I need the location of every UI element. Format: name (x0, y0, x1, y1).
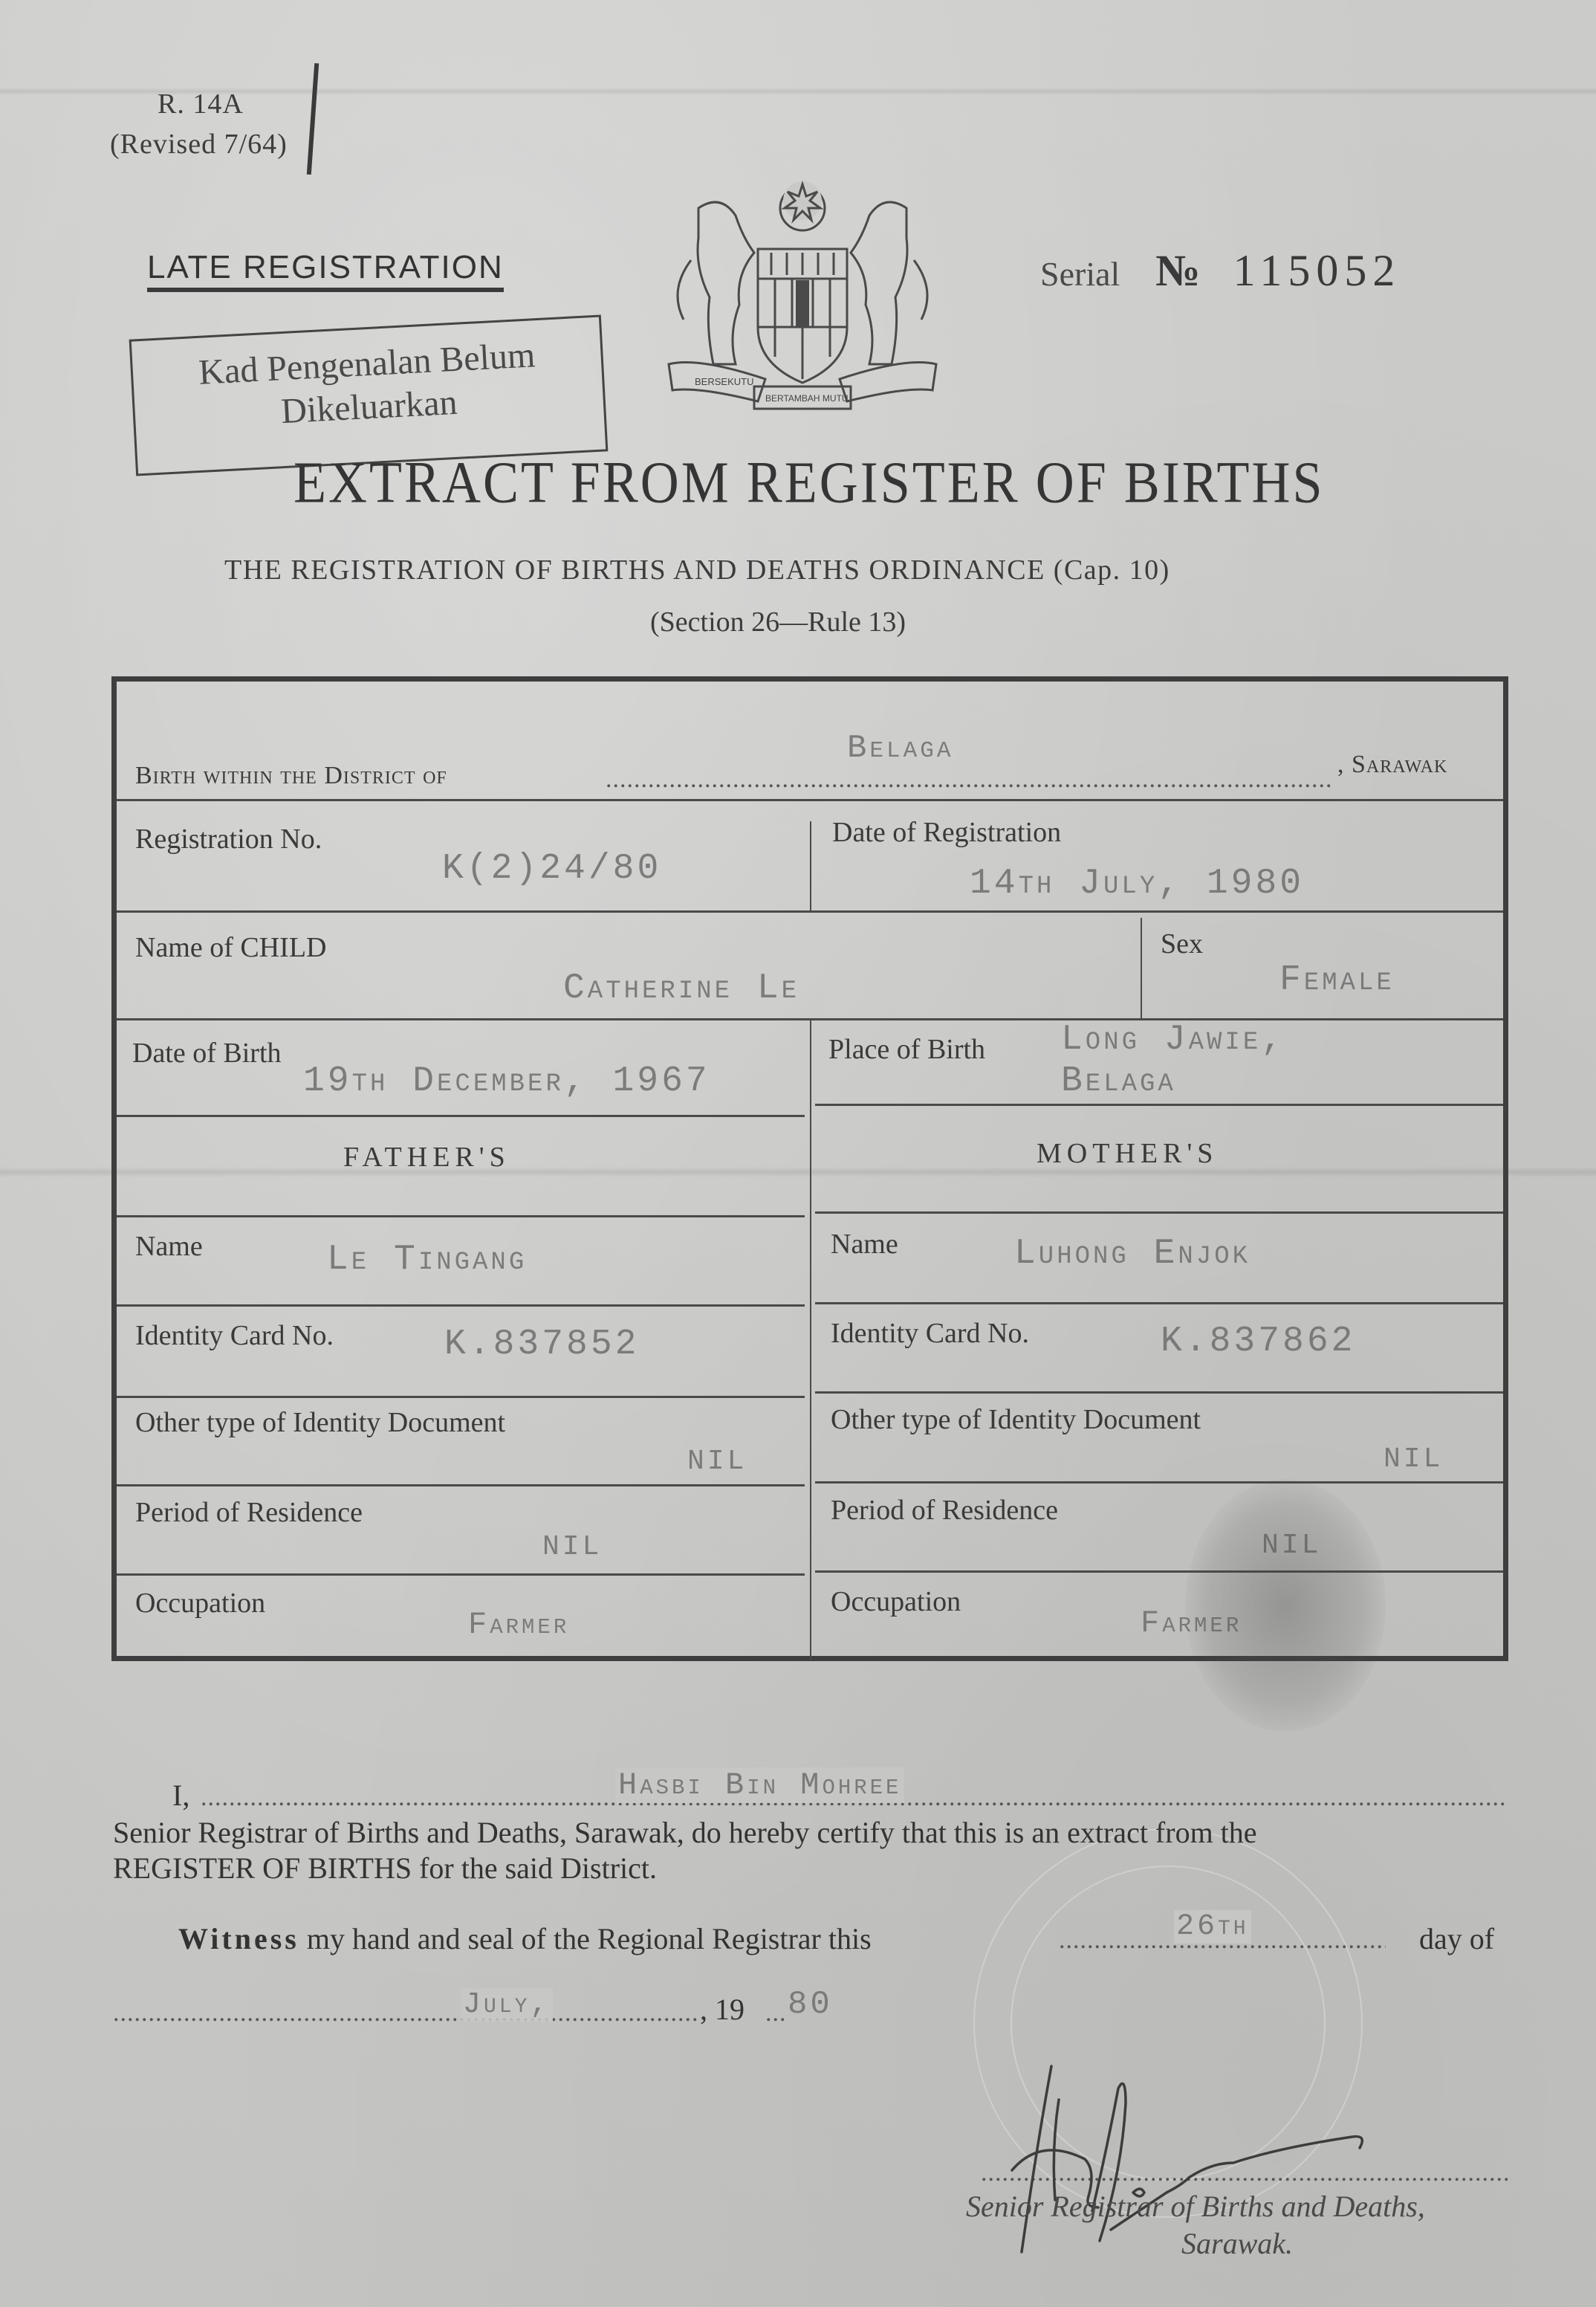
row-divider (815, 1570, 1503, 1573)
serial-number-group: Serial № 115052 (1040, 245, 1401, 297)
mother-other-id-label: Other type of Identity Document (831, 1403, 1201, 1436)
row-divider (117, 1115, 805, 1117)
father-residence-value: NIL (542, 1531, 602, 1563)
mother-occupation-label: Occupation (831, 1585, 961, 1618)
father-ic-label: Identity Card No. (135, 1319, 334, 1352)
mother-ic-label: Identity Card No. (831, 1317, 1029, 1350)
row-divider (117, 1484, 805, 1486)
row-divider (815, 1391, 1503, 1394)
sex-label: Sex (1161, 928, 1203, 960)
row-divider (117, 1396, 805, 1398)
day-suffix: day of (1419, 1921, 1494, 1956)
row-divider (815, 1104, 1503, 1106)
date-of-birth-value: 19th December, 1967 (303, 1061, 710, 1101)
father-occupation-value: Farmer (468, 1607, 569, 1643)
date-of-registration-value: 14th July, 1980 (970, 864, 1304, 904)
district-dotted-line: ........................................… (606, 766, 1334, 794)
date-of-registration-label: Date of Registration (832, 816, 1061, 849)
day-value: 26th (1174, 1910, 1251, 1944)
year-value: 80 (788, 1986, 833, 2023)
section-rule: (Section 26—Rule 13) (650, 606, 906, 638)
father-residence-label: Period of Residence (135, 1496, 363, 1529)
certify-prefix: I, (172, 1778, 189, 1813)
name-of-child-label: Name of CHILD (135, 931, 326, 964)
date-of-birth-label: Date of Birth (132, 1037, 282, 1070)
father-other-id-value: NIL (687, 1446, 747, 1478)
ordinance-subtitle: THE REGISTRATION OF BIRTHS AND DEATHS OR… (224, 554, 1170, 586)
column-divider (810, 821, 811, 910)
name-of-child-value: Catherine Le (563, 968, 799, 1009)
form-code: R. 14A (158, 88, 244, 120)
row-divider (117, 1215, 805, 1217)
month-value: July, (461, 1988, 553, 2022)
witness-line: Witness my hand and seal of the Regional… (178, 1921, 872, 1956)
witness-bold: Witness (178, 1922, 299, 1955)
row-divider (117, 1573, 805, 1576)
row-divider (815, 1302, 1503, 1304)
year-prefix: , 19 (700, 1992, 745, 2027)
form-revision: (Revised 7/64) (110, 128, 288, 161)
certify-line-3: REGISTER OF BIRTHS for the said District… (113, 1851, 657, 1886)
row-divider (117, 799, 1503, 801)
witness-text: my hand and seal of the Regional Registr… (307, 1922, 872, 1955)
father-name-label: Name (135, 1230, 203, 1263)
row-divider (815, 1481, 1503, 1483)
father-section-heading: FATHER'S (343, 1141, 510, 1174)
serial-number-value: 115052 (1233, 246, 1401, 295)
mother-other-id-value: NIL (1383, 1443, 1443, 1475)
mother-residence-label: Period of Residence (831, 1494, 1058, 1527)
row-divider (815, 1211, 1503, 1214)
crest-motto-bottom: BERTAMBAH MUTU (765, 393, 849, 404)
crest-motto-left: BERSEKUTU (695, 376, 753, 387)
mother-ic-value: K.837862 (1161, 1321, 1355, 1362)
district-label: Birth within the District of (135, 762, 447, 790)
registrar-name-value: Hasbi Bin Mohree (615, 1767, 904, 1803)
column-divider (1141, 918, 1142, 1018)
serial-label: Serial (1040, 255, 1120, 293)
thumbprint-smudge (1185, 1479, 1386, 1732)
certify-line-2: Senior Registrar of Births and Deaths, S… (113, 1815, 1257, 1850)
registration-no-label: Registration No. (135, 823, 322, 855)
month-dotted-line: ........................................… (113, 1999, 700, 2028)
signature-title-line-1: Senior Registrar of Births and Deaths, (966, 2189, 1425, 2224)
coat-of-arms-icon: BERSEKUTU BERTAMBAH MUTU (654, 178, 951, 416)
father-ic-value: K.837852 (444, 1324, 639, 1365)
serial-number-symbol: № (1155, 246, 1200, 295)
late-registration-heading: LATE REGISTRATION (147, 249, 504, 292)
father-name-value: Le Tingang (327, 1240, 527, 1280)
father-other-id-label: Other type of Identity Document (135, 1406, 505, 1439)
mother-section-heading: MOTHER'S (1037, 1137, 1218, 1170)
column-divider (810, 1020, 811, 1660)
place-of-birth-line-1: Long Jawie, (1061, 1020, 1285, 1060)
place-of-birth-line-2: Belaga (1061, 1061, 1176, 1101)
pen-mark (307, 63, 319, 175)
sex-value: Female (1279, 960, 1395, 1000)
document-title: EXTRACT FROM REGISTER OF BIRTHS (293, 449, 1325, 517)
district-value: Belaga (847, 730, 953, 767)
row-divider (117, 1304, 805, 1307)
father-occupation-label: Occupation (135, 1587, 265, 1620)
mother-name-label: Name (831, 1228, 898, 1261)
row-divider (117, 910, 1503, 913)
mother-name-value: Luhong Enjok (1014, 1234, 1250, 1274)
district-suffix: , Sarawak (1337, 751, 1447, 779)
registration-no-value: K(2)24/80 (442, 849, 661, 889)
place-of-birth-label: Place of Birth (828, 1033, 985, 1066)
signature-title-line-2: Sarawak. (1181, 2226, 1293, 2261)
year-dotted-line: ......... (765, 1999, 788, 2028)
